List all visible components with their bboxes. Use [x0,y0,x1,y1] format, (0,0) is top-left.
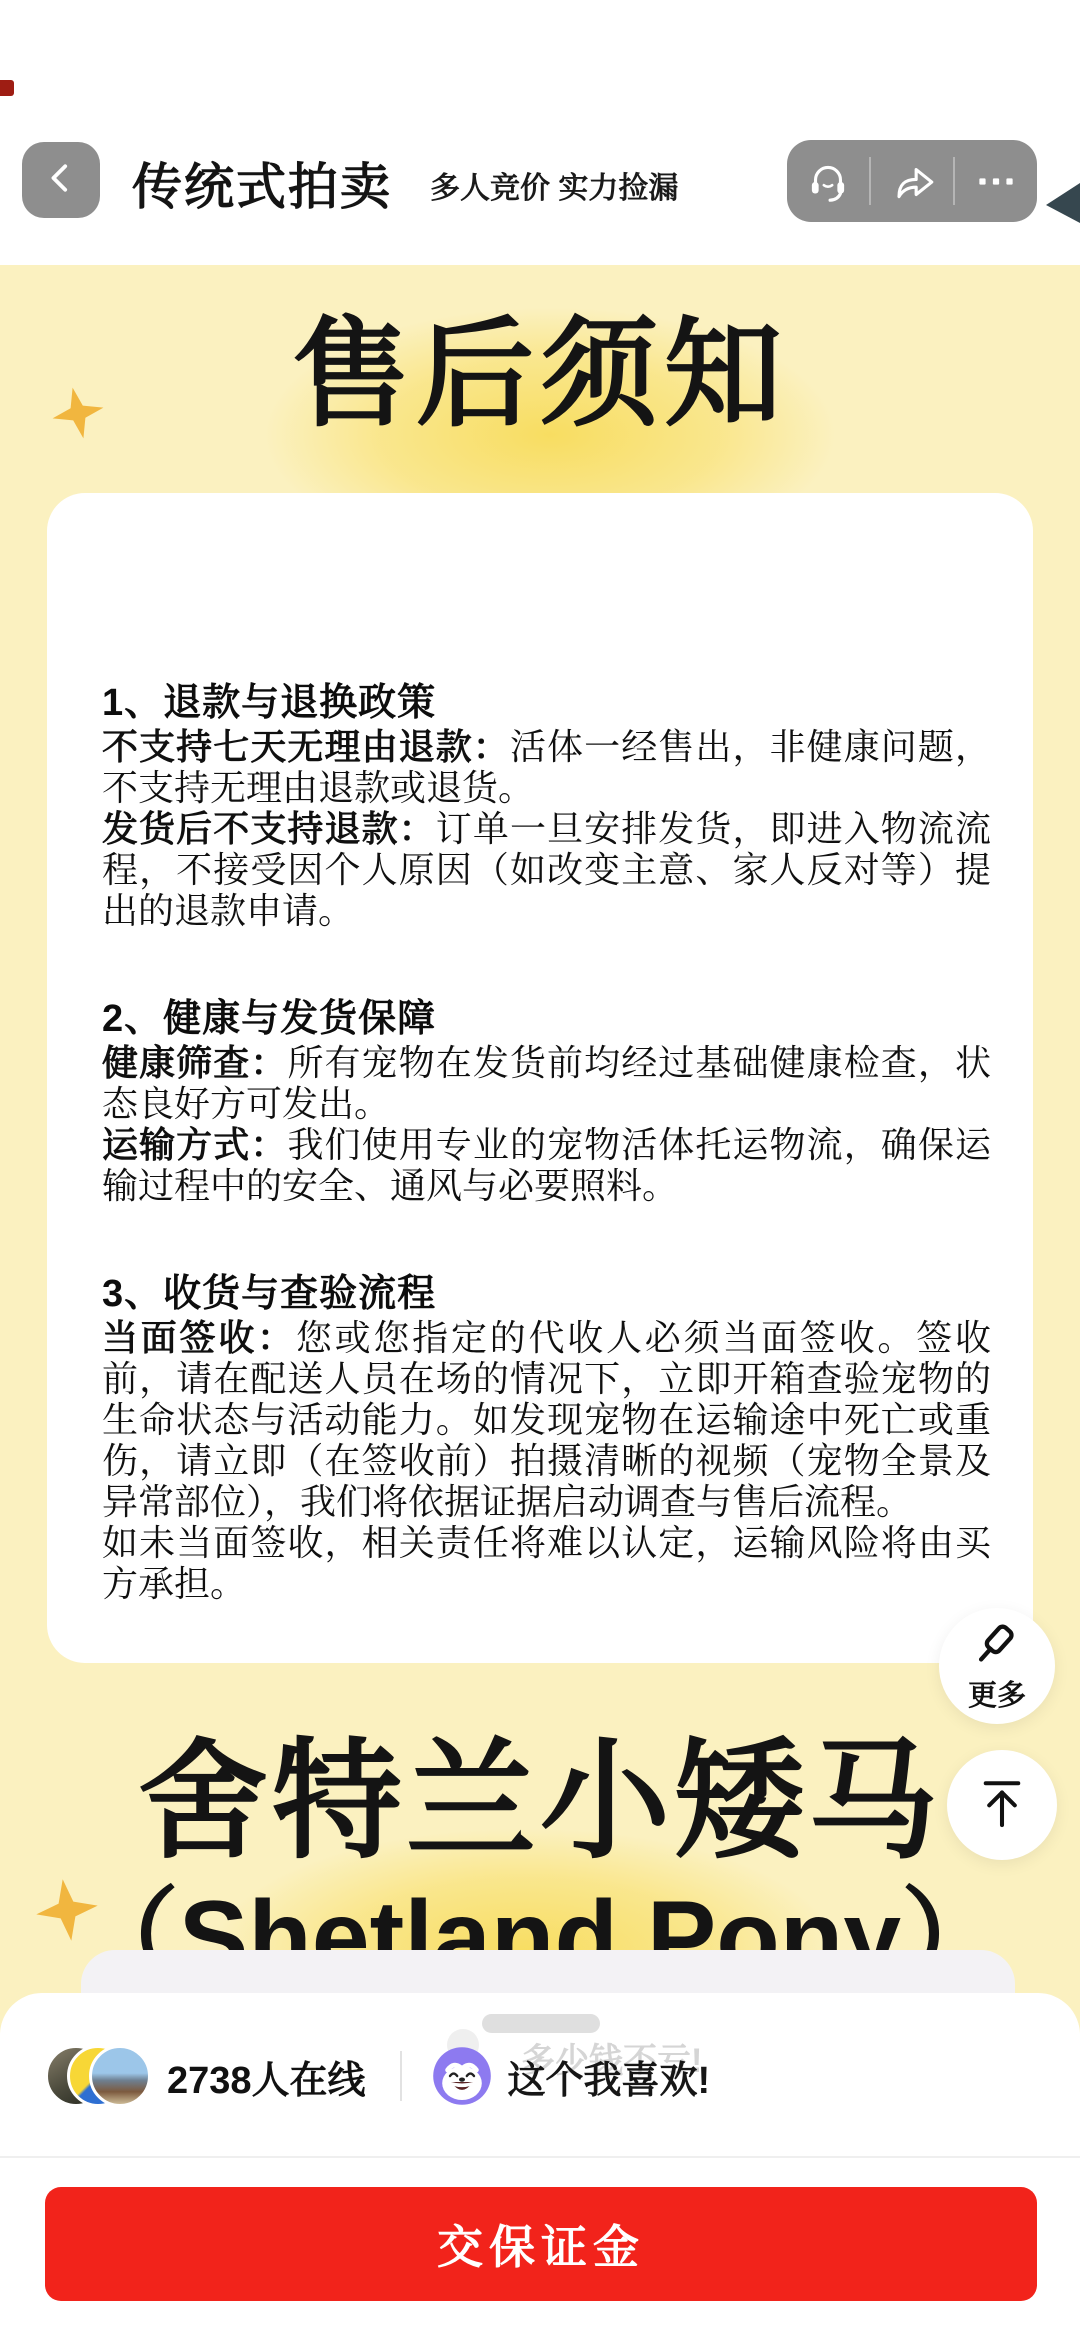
policy-paragraph: 运输方式：我们使用专业的宠物活体托运物流，确保运输过程中的安全、通风与必要照料。 [102,1124,991,1206]
notice-section: 1、退款与退换政策 不支持七天无理由退款：活体一经售出，非健康问题，不支持无理由… [102,671,991,931]
viewer-avatar [89,2045,151,2107]
section-heading: 2、健康与发货保障 [102,987,991,1042]
more-floating-button[interactable]: 更多 [939,1608,1055,1724]
more-menu-button[interactable] [966,151,1026,211]
divider [400,2051,402,2101]
policy-paragraph: 当面签收：您或您指定的代收人必须当面签收。签收前，请在配送人员在场的情况下，立即… [102,1317,991,1522]
policy-paragraph: 不支持七天无理由退款：活体一经售出，非健康问题，不支持无理由退款或退货。 [102,726,991,808]
recording-indicator [0,80,14,96]
divider [0,2156,1080,2158]
notice-section: 2、健康与发货保障 健康筛查：所有宠物在发货前均经过基础健康检查，状态良好方可发… [102,987,991,1206]
section-heading: 1、退款与退换政策 [102,671,991,726]
corner-ribbon [1046,183,1080,223]
divider [953,157,955,205]
arrow-up-icon [973,1774,1031,1837]
scroll-to-top-button[interactable] [947,1750,1057,1860]
mascot-message: 这个我喜欢! [508,2049,711,2104]
share-button[interactable] [882,151,942,211]
page-title: 传统式拍卖 [132,147,392,219]
pay-deposit-button[interactable]: 交保证金 [45,2187,1037,2301]
page-subtitle: 多人竞价 实力捡漏 [430,163,678,207]
notice-card: 1、退款与退换政策 不支持七天无理由退款：活体一经售出，非健康问题，不支持无理由… [47,493,1033,1663]
headset-icon [802,155,854,207]
notice-section: 3、收货与查验流程 当面签收：您或您指定的代收人必须当面签收。签收前，请在配送人… [102,1262,991,1604]
policy-paragraph: 发货后不支持退款：订单一旦安排发货，即进入物流流程，不接受因个人原因（如改变主意… [102,808,991,931]
section-heading: 3、收货与查验流程 [102,1262,991,1317]
header-bar: 传统式拍卖 多人竞价 实力捡漏 [0,0,1080,265]
divider [869,157,871,205]
app-screen: 传统式拍卖 多人竞价 实力捡漏 [0,0,1080,2331]
policy-paragraph: 如未当面签收，相关责任将难以认定，运输风险将由买方承担。 [102,1522,991,1604]
notice-title: 售后须知 [0,265,1080,449]
ellipsis-icon [970,155,1022,207]
live-status-row: 2738人在线 这个我喜欢! [0,2041,1080,2111]
back-button[interactable] [22,142,100,218]
header-actions [787,140,1037,222]
support-button[interactable] [798,151,858,211]
online-count: 2738人在线 [167,2049,366,2104]
chevron-left-icon [40,157,82,204]
share-forward-icon [886,155,938,207]
product-title-cn: 舍特兰小矮马 [0,1727,1080,1877]
mascot-avatar [432,2046,492,2106]
viewer-avatars[interactable] [45,2045,151,2107]
more-label: 更多 [968,1673,1026,1714]
previous-message-badge [482,2014,600,2033]
gavel-icon [970,1618,1024,1677]
live-room-bottom-sheet: 多少钱不亏! 2738人在线 [0,1993,1080,2331]
policy-paragraph: 健康筛查：所有宠物在发货前均经过基础健康检查，状态良好方可发出。 [102,1042,991,1124]
